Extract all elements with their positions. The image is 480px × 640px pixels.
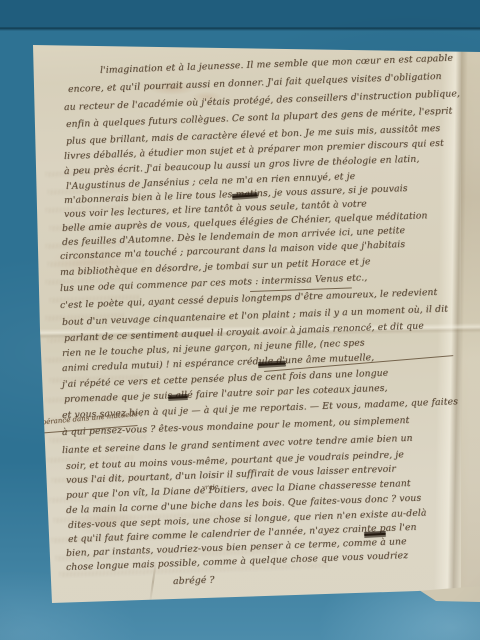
handwritten-line: abrégé ? xyxy=(173,575,215,587)
interlinear-insert: vraie xyxy=(202,483,219,492)
letter-photo: l'imagination et à la jeunesse. Il me se… xyxy=(0,0,480,640)
ink-strikethrough xyxy=(364,533,386,537)
handwriting-layer: l'imagination et à la jeunesse. Il me se… xyxy=(0,0,480,640)
letter-sheet: l'imagination et à la jeunesse. Il me se… xyxy=(0,0,480,640)
